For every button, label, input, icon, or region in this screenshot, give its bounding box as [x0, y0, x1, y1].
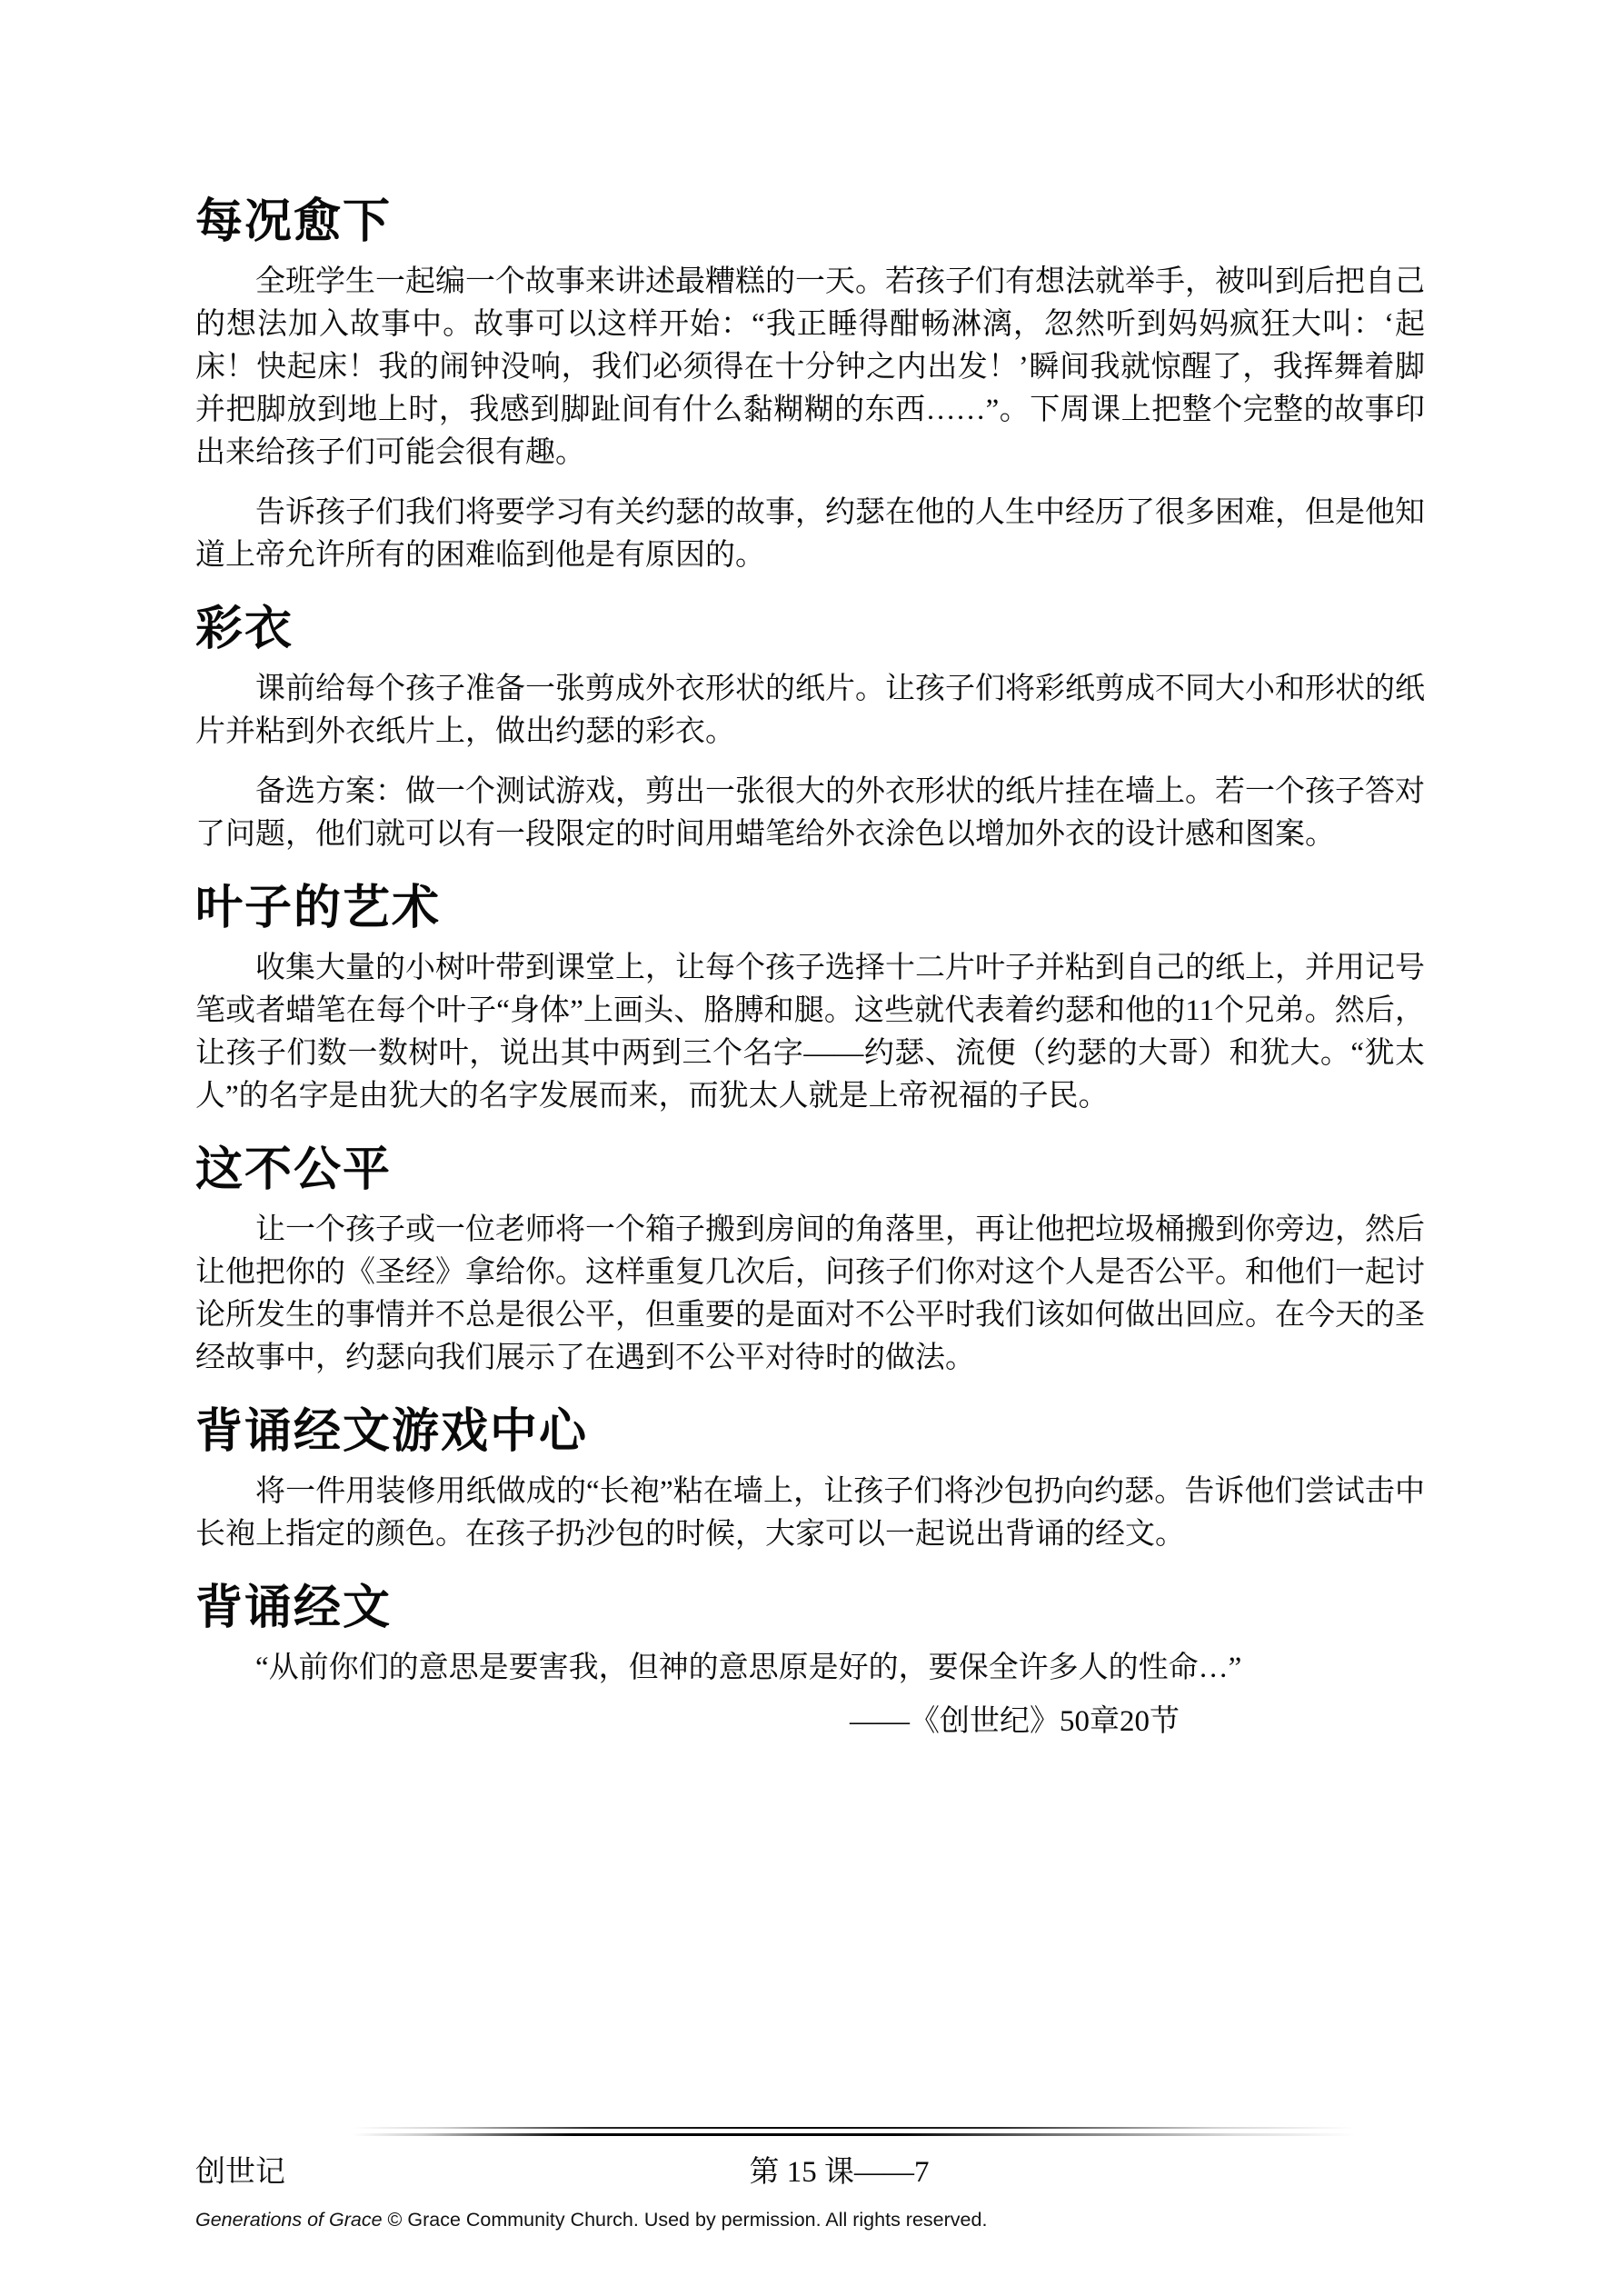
divider-rule-bottom [353, 2133, 1356, 2136]
verse-attribution: ——《创世纪》50章20节 [850, 1701, 1425, 1743]
section-heading: 背诵经文游戏中心 [195, 1405, 1425, 1460]
body-paragraph: 收集大量的小树叶带到课堂上，让每个孩子选择十二片叶子并粘到自己的纸上，并用记号笔… [195, 947, 1425, 1118]
section-worst-day: 每况愈下 全班学生一起编一个故事来讲述最糟糕的一天。若孩子们有想法就举手，被叫到… [195, 195, 1425, 577]
divider-rule-top [353, 2127, 1356, 2129]
footer-divider [353, 2127, 1356, 2136]
lesson-content: 每况愈下 全班学生一起编一个故事来讲述最糟糕的一天。若孩子们有想法就举手，被叫到… [195, 195, 1425, 1743]
body-paragraph: 全班学生一起编一个故事来讲述最糟糕的一天。若孩子们有想法就举手，被叫到后把自己的… [195, 261, 1425, 474]
body-paragraph: 让一个孩子或一位老师将一个箱子搬到房间的角落里，再让他把垃圾桶搬到你旁边，然后让… [195, 1209, 1425, 1380]
section-memory-verse: 背诵经文 “从前你们的意思是要害我，但神的意思原是好的，要保全许多人的性命…” … [195, 1582, 1425, 1743]
document-page: 每况愈下 全班学生一起编一个故事来讲述最糟糕的一天。若孩子们有想法就举手，被叫到… [0, 0, 1623, 2296]
body-paragraph: 课前给每个孩子准备一张剪成外衣形状的纸片。让孩子们将彩纸剪成不同大小和形状的纸片… [195, 668, 1425, 754]
copyright-line: Generations of Grace © Grace Community C… [195, 2207, 987, 2232]
section-heading: 每况愈下 [195, 195, 1425, 250]
verse-paragraph: “从前你们的意思是要害我，但神的意思原是好的，要保全许多人的性命…” [195, 1647, 1425, 1690]
copyright-series-title: Generations of Grace [195, 2209, 383, 2231]
section-not-fair: 这不公平 让一个孩子或一位老师将一个箱子搬到房间的角落里，再让他把垃圾桶搬到你旁… [195, 1143, 1425, 1380]
section-heading: 背诵经文 [195, 1582, 1425, 1636]
section-heading: 彩衣 [195, 603, 1425, 657]
footer-book-title: 创世记 [195, 2152, 285, 2192]
body-paragraph: 备选方案：做一个测试游戏，剪出一张很大的外衣形状的纸片挂在墙上。若一个孩子答对了… [195, 771, 1425, 856]
section-heading: 叶子的艺术 [195, 882, 1425, 936]
page-footer: 创世记 第 15 课——7 [195, 2152, 1425, 2192]
section-verse-game-center: 背诵经文游戏中心 将一件用装修用纸做成的“长袍”粘在墙上，让孩子们将沙包扔向约瑟… [195, 1405, 1425, 1556]
body-paragraph: 将一件用装修用纸做成的“长袍”粘在墙上，让孩子们将沙包扔向约瑟。告诉他们尝试击中… [195, 1471, 1425, 1556]
section-leaf-art: 叶子的艺术 收集大量的小树叶带到课堂上，让每个孩子选择十二片叶子并粘到自己的纸上… [195, 882, 1425, 1118]
section-heading: 这不公平 [195, 1143, 1425, 1198]
body-paragraph: 告诉孩子们我们将要学习有关约瑟的故事，约瑟在他的人生中经历了很多困难，但是他知道… [195, 492, 1425, 577]
footer-page-label: 第 15 课——7 [195, 2152, 1425, 2192]
section-colorful-coat: 彩衣 课前给每个孩子准备一张剪成外衣形状的纸片。让孩子们将彩纸剪成不同大小和形状… [195, 603, 1425, 856]
copyright-text: © Grace Community Church. Used by permis… [383, 2209, 988, 2231]
